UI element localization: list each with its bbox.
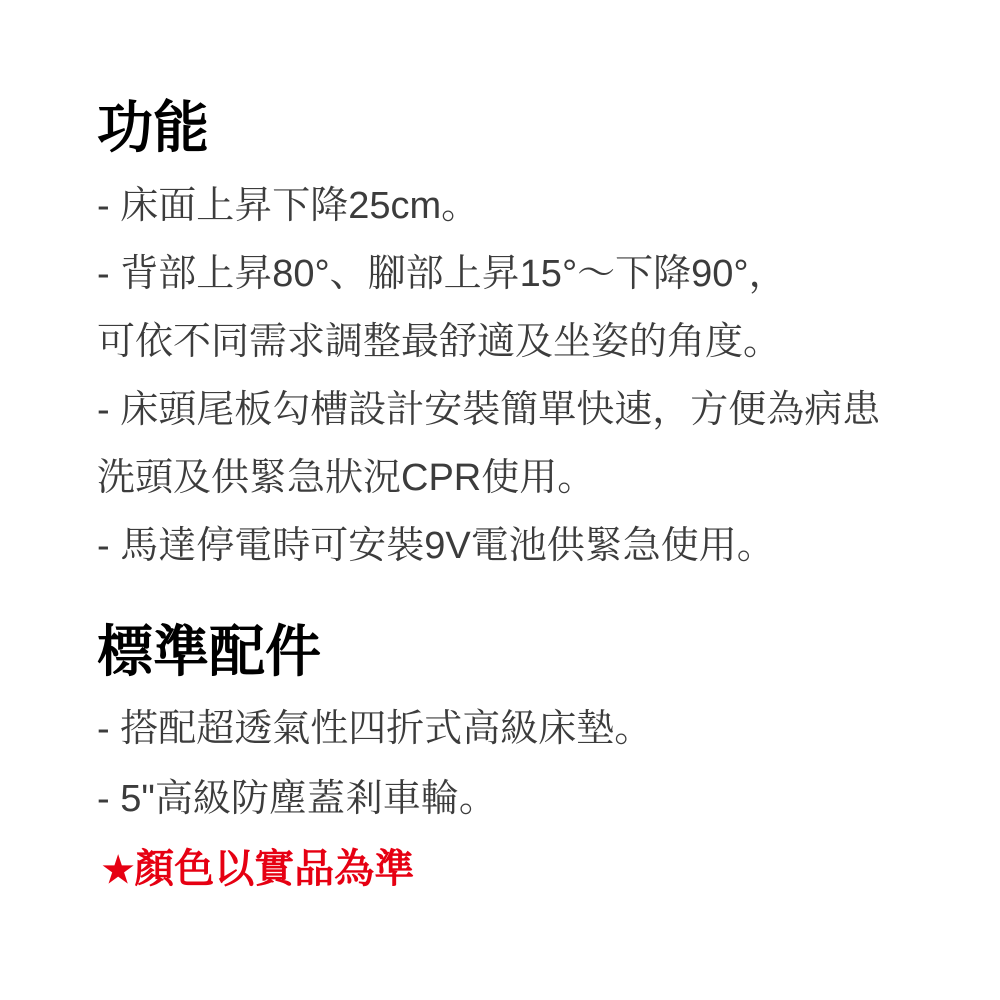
star-icon: ★ xyxy=(102,849,134,890)
feature-line: - 馬達停電時可安裝9V電池供緊急使用。 xyxy=(97,512,960,580)
accessories-list: - 搭配超透氣性四折式高級床墊。 - 5"高級防塵蓋剎車輪。 ★顏色以實品為準 xyxy=(97,694,960,905)
feature-line: - 床頭尾板勾槽設計安裝簡單快速，方便為病患 xyxy=(97,376,960,444)
functions-list: - 床面上昇下降25cm。 - 背部上昇80°、腳部上昇15°～下降90°， 可… xyxy=(97,172,960,580)
feature-line: - 背部上昇80°、腳部上昇15°～下降90°， xyxy=(97,240,960,308)
color-disclaimer-note: ★顏色以實品為準 xyxy=(97,834,960,905)
feature-line: - 床面上昇下降25cm。 xyxy=(97,172,960,240)
content-area: 功能 - 床面上昇下降25cm。 - 背部上昇80°、腳部上昇15°～下降90°… xyxy=(0,0,1000,905)
product-description-page: 功能 - 床面上昇下降25cm。 - 背部上昇80°、腳部上昇15°～下降90°… xyxy=(0,0,1000,1000)
accessory-line: - 搭配超透氣性四折式高級床墊。 xyxy=(97,694,960,764)
feature-line-wrap: 可依不同需求調整最舒適及坐姿的角度。 xyxy=(97,308,960,376)
section-heading-standard-accessories: 標準配件 xyxy=(97,624,960,680)
feature-line-wrap: 洗頭及供緊急狀況CPR使用。 xyxy=(97,444,960,512)
section-heading-functions: 功能 xyxy=(97,100,960,156)
note-text: 顏色以實品為準 xyxy=(134,847,414,891)
accessory-line: - 5"高級防塵蓋剎車輪。 xyxy=(97,764,960,834)
